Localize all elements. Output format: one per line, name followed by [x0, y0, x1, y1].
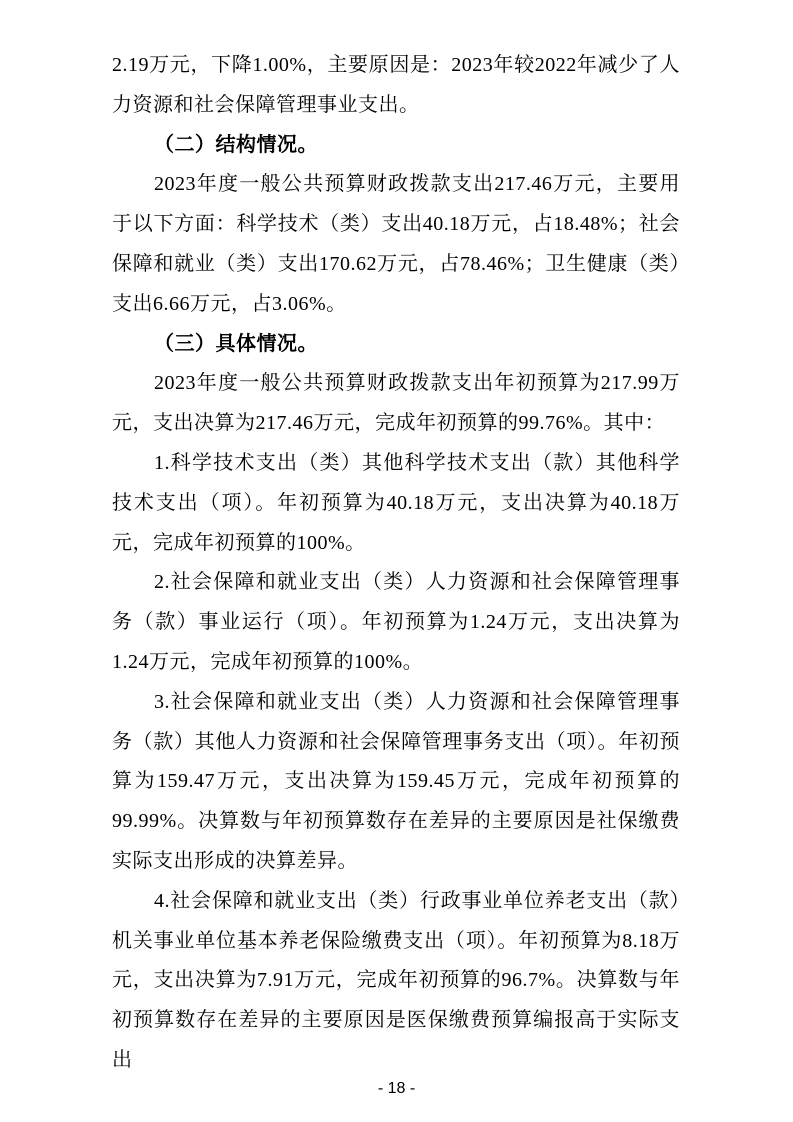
- paragraph-item-1: 1.科学技术支出（类）其他科学技术支出（款）其他科学技术支出（项）。年初预算为4…: [112, 444, 680, 563]
- paragraph-item-2: 2.社会保障和就业支出（类）人力资源和社会保障管理事务（款）事业运行（项）。年初…: [112, 563, 680, 682]
- document-page: 2.19万元，下降1.00%，主要原因是：2023年较2022年减少了人力资源和…: [0, 0, 793, 1122]
- paragraph-continuation: 2.19万元，下降1.00%，主要原因是：2023年较2022年减少了人力资源和…: [112, 46, 680, 126]
- section-heading-structure: （二）结构情况。: [112, 126, 680, 166]
- paragraph-structure-overview: 2023年度一般公共预算财政拨款支出217.46万元，主要用于以下方面：科学技术…: [112, 165, 680, 324]
- section-heading-details: （三）具体情况。: [112, 325, 680, 365]
- document-body: 2.19万元，下降1.00%，主要原因是：2023年较2022年减少了人力资源和…: [112, 46, 680, 1081]
- paragraph-item-4: 4.社会保障和就业支出（类）行政事业单位养老支出（款）机关事业单位基本养老保险缴…: [112, 882, 680, 1081]
- paragraph-item-3: 3.社会保障和就业支出（类）人力资源和社会保障管理事务（款）其他人力资源和社会保…: [112, 683, 680, 882]
- paragraph-details-overview: 2023年度一般公共预算财政拨款支出年初预算为217.99万元，支出决算为217…: [112, 364, 680, 444]
- page-number: - 18 -: [0, 1080, 793, 1098]
